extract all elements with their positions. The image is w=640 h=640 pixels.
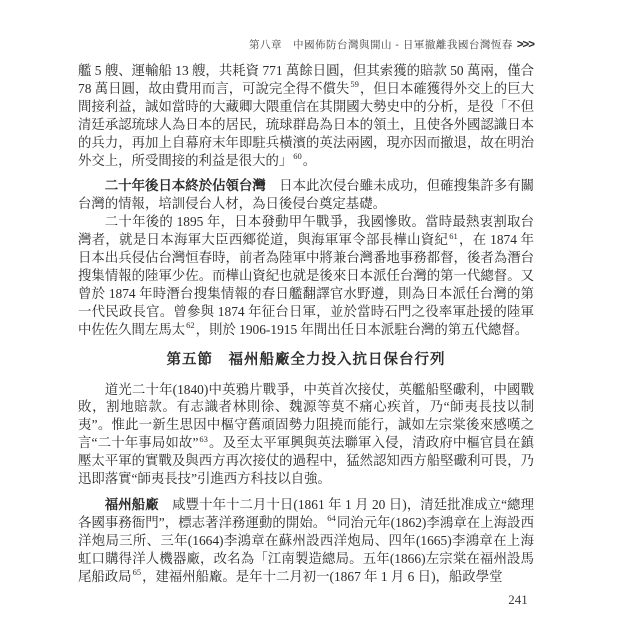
text-run: 第五節 福州船廠全力投入抗日保台行列 <box>167 352 446 368</box>
footnote-ref: 62 <box>186 320 195 330</box>
paragraph-continuation: 艦 5 艘、運輸船 13 艘，共耗資 771 萬餘日圓，但其索獲的賠款 50 萬… <box>78 62 534 169</box>
paragraph-opium-war: 道光二十年(1840)中英鴉片戰爭，中英首次接仗，英艦船堅礮利，中國戰敗，割地賠… <box>78 381 534 488</box>
page-body: 艦 5 艘、運輸船 13 艘，共耗資 771 萬餘日圓，但其索獲的賠款 50 萬… <box>78 62 534 585</box>
footnote-ref: 60 <box>293 151 302 161</box>
run-in-heading: 福州船廠 <box>105 497 159 512</box>
footnote-ref: 64 <box>327 513 336 523</box>
chapter-header: 第八章 中國佈防台灣與開山 - 日軍撤離我國台灣恆春>>> <box>78 37 534 52</box>
footnote-ref: 63 <box>199 434 208 444</box>
section-heading-5: 第五節 福州船廠全力投入抗日保台行列 <box>78 352 534 370</box>
paragraph-1895-war: 二十年後的 1895 年，日本發動甲午戰爭，我國慘敗。當時最熱衷割取台灣者，就是… <box>78 213 534 338</box>
page-number: 241 <box>494 592 542 608</box>
footnote-ref: 65 <box>133 567 142 577</box>
text-run: ，建福州船廠。是年十二月初一(1867 年 1 月 6 日)，船政學堂 <box>142 569 502 584</box>
chapter-header-text: 第八章 中國佈防台灣與開山 - 日軍撤離我國台灣恆春 <box>249 39 513 51</box>
text-run: 。 <box>303 153 316 168</box>
footnote-ref: 61 <box>449 231 458 241</box>
run-in-heading: 二十年後日本終於佔領台灣 <box>105 178 266 193</box>
paragraph-japan-occupies-taiwan: 二十年後日本終於佔領台灣 日本此次侵台雖未成功，但確搜集許多有關台灣的情報，培訓… <box>78 177 534 213</box>
paragraph-fuzhou-shipyard: 福州船廠 咸豐十年十二月十日(1861 年 1 月 20 日)，清廷批准成立“總… <box>78 496 534 586</box>
book-page: 第八章 中國佈防台灣與開山 - 日軍撤離我國台灣恆春>>> 艦 5 艘、運輸船 … <box>0 0 640 640</box>
chevrons-icon: >>> <box>517 39 534 51</box>
text-run: ，則於 1906-1915 年間出任日本派駐台灣的第五代總督。 <box>196 322 529 337</box>
footnote-ref: 59 <box>350 79 359 89</box>
